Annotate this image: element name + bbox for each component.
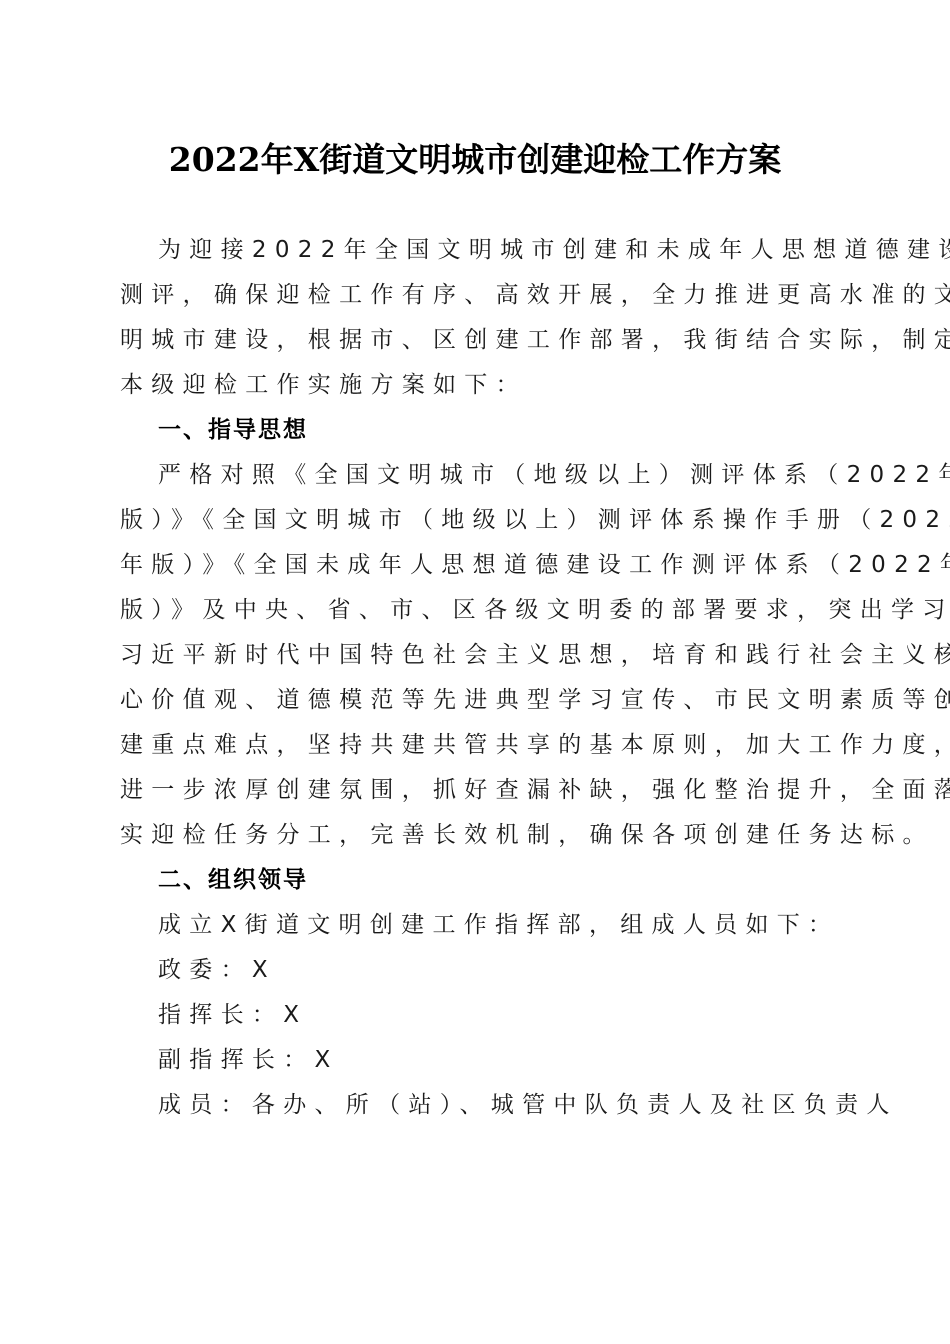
section1-line-4: 版）》及中央、省、市、区各级文明委的部署要求，突出学习 — [120, 588, 822, 633]
guiding-ideology-paragraph: 严格对照《全国文明城市（地级以上）测评体系（2022年 版）》《全国文明城市（地… — [120, 453, 822, 858]
document-body: 为迎接2022年全国文明城市创建和未成年人思想道德建设 测评，确保迎检工作有序、… — [120, 228, 822, 1128]
section-heading-organization-leadership: 二、组织领导 — [120, 858, 822, 903]
organization-leadership-list: 成立X街道文明创建工作指挥部，组成人员如下： 政委：X 指挥长：X 副指挥长：X… — [120, 903, 822, 1128]
section1-line-2: 版）》《全国文明城市（地级以上）测评体系操作手册（2022 — [120, 498, 822, 543]
intro-line-2: 测评，确保迎检工作有序、高效开展，全力推进更高水准的文 — [120, 273, 822, 318]
member-commander: 指挥长：X — [120, 993, 822, 1038]
intro-line-4: 本级迎检工作实施方案如下： — [120, 363, 822, 408]
intro-line-1: 为迎接2022年全国文明城市创建和未成年人思想道德建设 — [120, 228, 822, 273]
section1-line-3: 年版）》《全国未成年人思想道德建设工作测评体系（2022年 — [120, 543, 822, 588]
member-members: 成员：各办、所（站）、城管中队负责人及社区负责人 — [120, 1083, 822, 1128]
section-heading-guiding-ideology: 一、指导思想 — [120, 408, 822, 453]
intro-paragraph: 为迎接2022年全国文明城市创建和未成年人思想道德建设 测评，确保迎检工作有序、… — [120, 228, 822, 408]
command-center-intro: 成立X街道文明创建工作指挥部，组成人员如下： — [120, 903, 822, 948]
document-page: 2022年X街道文明城市创建迎检工作方案 为迎接2022年全国文明城市创建和未成… — [0, 0, 950, 1344]
intro-line-3: 明城市建设，根据市、区创建工作部署，我街结合实际，制定 — [120, 318, 822, 363]
section1-line-5: 习近平新时代中国特色社会主义思想，培育和践行社会主义核 — [120, 633, 822, 678]
section1-line-1: 严格对照《全国文明城市（地级以上）测评体系（2022年 — [120, 453, 822, 498]
section1-line-6: 心价值观、道德模范等先进典型学习宣传、市民文明素质等创 — [120, 678, 822, 723]
section1-line-9: 实迎检任务分工，完善长效机制，确保各项创建任务达标。 — [120, 813, 822, 858]
member-deputy-commander: 副指挥长：X — [120, 1038, 822, 1083]
section1-line-8: 进一步浓厚创建氛围，抓好查漏补缺，强化整治提升，全面落 — [120, 768, 822, 813]
document-title: 2022年X街道文明城市创建迎检工作方案 — [0, 136, 950, 184]
section1-line-7: 建重点难点，坚持共建共管共享的基本原则，加大工作力度， — [120, 723, 822, 768]
member-political-commissar: 政委：X — [120, 948, 822, 993]
